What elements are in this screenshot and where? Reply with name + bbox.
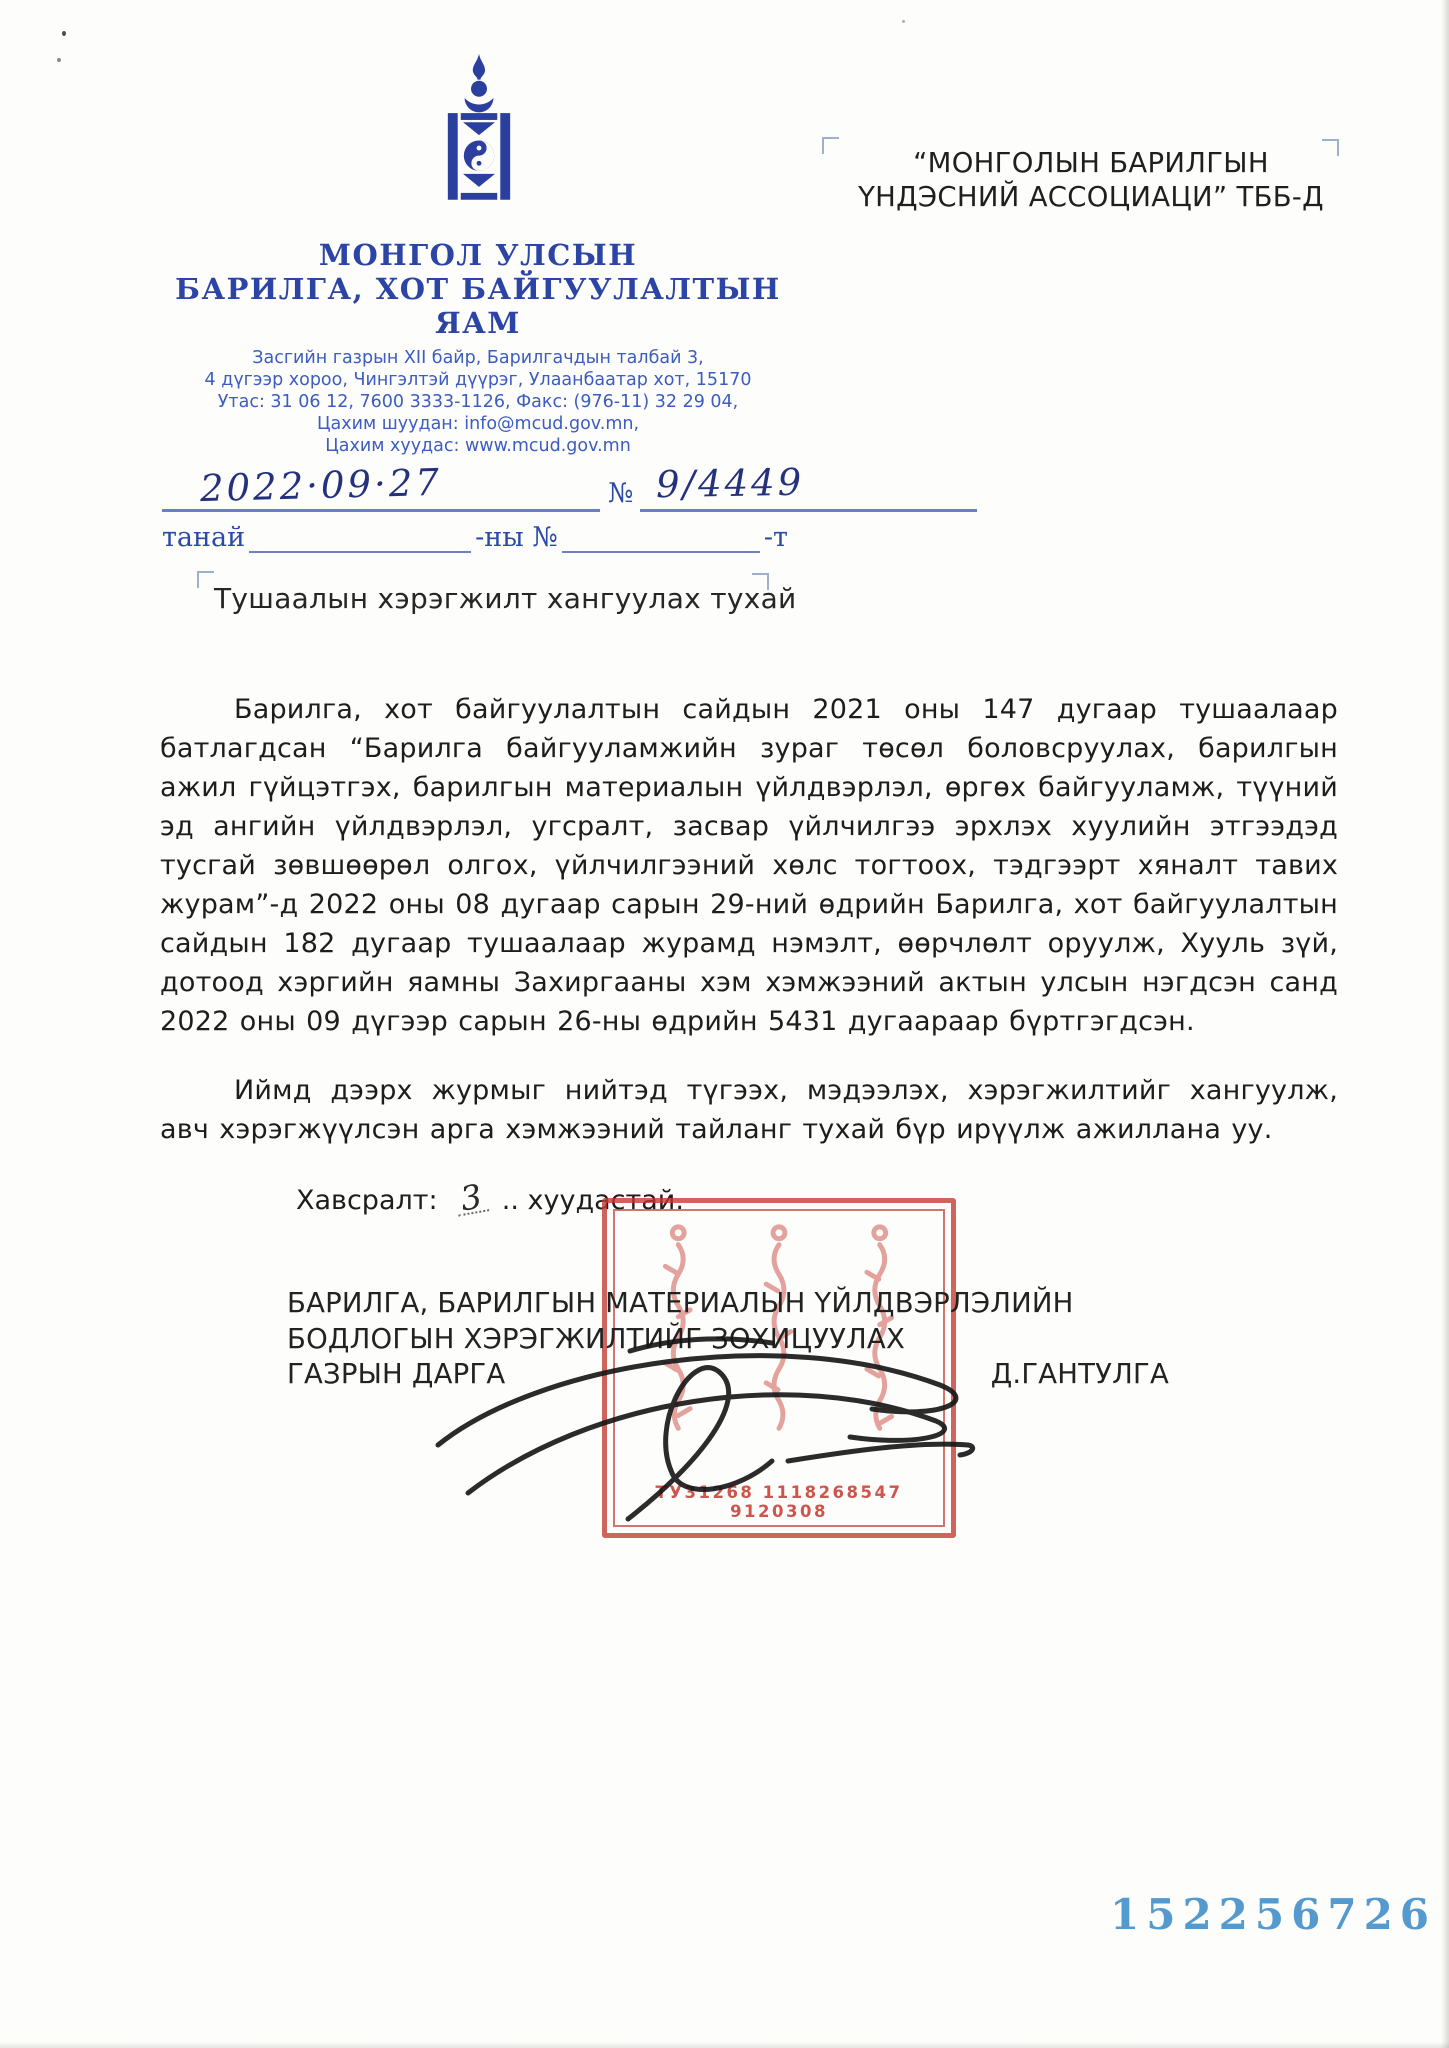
recipient-line2: ҮНДЭСНИЙ АССОЦИАЦИ” ТББ-Д [845,180,1337,214]
scan-artifact-dot [57,58,61,62]
address-line: Цахим хуудас: www.mcud.gov.mn [158,435,798,457]
your-ref-prefix: танай [162,522,245,553]
frame-corner-icon [822,137,839,154]
number-underline: 9/4449 [640,462,977,512]
address-line: Утас: 31 06 12, 7600 3333-1126, Факс: (9… [158,391,798,413]
letter-body: Барилга, хот байгуулалтын сайдын 2021 он… [160,690,1338,1216]
scanned-letter-page: МОНГОЛ УЛСЫН БАРИЛГА, ХОТ БАЙГУУЛАЛТЫН Я… [0,0,1449,2048]
address-line: Засгийн газрын XII байр, Барилгачдын тал… [158,347,798,369]
ministry-name-line1: МОНГОЛ УЛСЫН [158,238,798,272]
your-ref-blank-2 [562,551,760,553]
reference-date-row: 2022·09·27 № 9/4449 [162,458,977,512]
frame-corner-icon [197,571,214,588]
handwritten-signature-icon [420,1333,990,1528]
address-line: Цахим шуудан: info@mcud.gov.mn, [158,413,798,435]
address-line: 4 дүгээр хороо, Чингэлтэй дүүрэг, Улаанб… [158,369,798,391]
signer-title-line1: БАРИЛГА, БАРИЛГЫН МАТЕРИАЛЫН ҮЙЛДВЭРЛЭЛИ… [287,1286,1169,1322]
ministry-name-line2: БАРИЛГА, ХОТ БАЙГУУЛАЛТЫН [158,272,798,306]
ministry-name-line3: ЯАМ [158,306,798,340]
body-paragraph-2: Иймд дээрх журмыг нийтэд түгээх, мэдээлэ… [160,1071,1338,1149]
ministry-name: МОНГОЛ УЛСЫН БАРИЛГА, ХОТ БАЙГУУЛАЛТЫН Я… [158,238,798,340]
ministry-address: Засгийн газрын XII байр, Барилгачдын тал… [158,347,798,457]
number-symbol: № [600,478,640,512]
scan-artifact-dot [62,31,66,36]
scan-edge-shadow [1441,0,1449,2048]
your-ref-suffix: -т [764,522,788,553]
attachment-prefix: Хавсралт: [296,1185,438,1216]
signer-name: Д.ГАНТУЛГА [991,1357,1169,1393]
scan-artifact-dot [902,20,905,23]
your-ref-blank-1 [249,551,471,553]
recipient-block: “МОНГОЛЫН БАРИЛГЫН ҮНДЭСНИЙ АССОЦИАЦИ” Т… [845,146,1337,214]
registration-number-stamp: 152256726 [1110,1890,1436,1939]
handwritten-ref-number: 9/4449 [655,461,804,507]
handwritten-page-count: 3 [454,1183,490,1217]
your-ref-middle: -ны № [475,522,558,553]
your-reference-row: танай -ны № -т [162,522,802,553]
date-underline: 2022·09·27 [162,464,600,512]
body-paragraph-1: Барилга, хот байгуулалтын сайдын 2021 он… [160,690,1338,1041]
subject-line: Тушаалын хэрэгжилт хангуулах тухай [214,582,797,615]
handwritten-date: 2022·09·27 [199,461,442,510]
recipient-line1: “МОНГОЛЫН БАРИЛГЫН [845,146,1337,180]
scan-edge-shadow [0,2042,1449,2048]
soyombo-emblem-icon [441,50,517,218]
